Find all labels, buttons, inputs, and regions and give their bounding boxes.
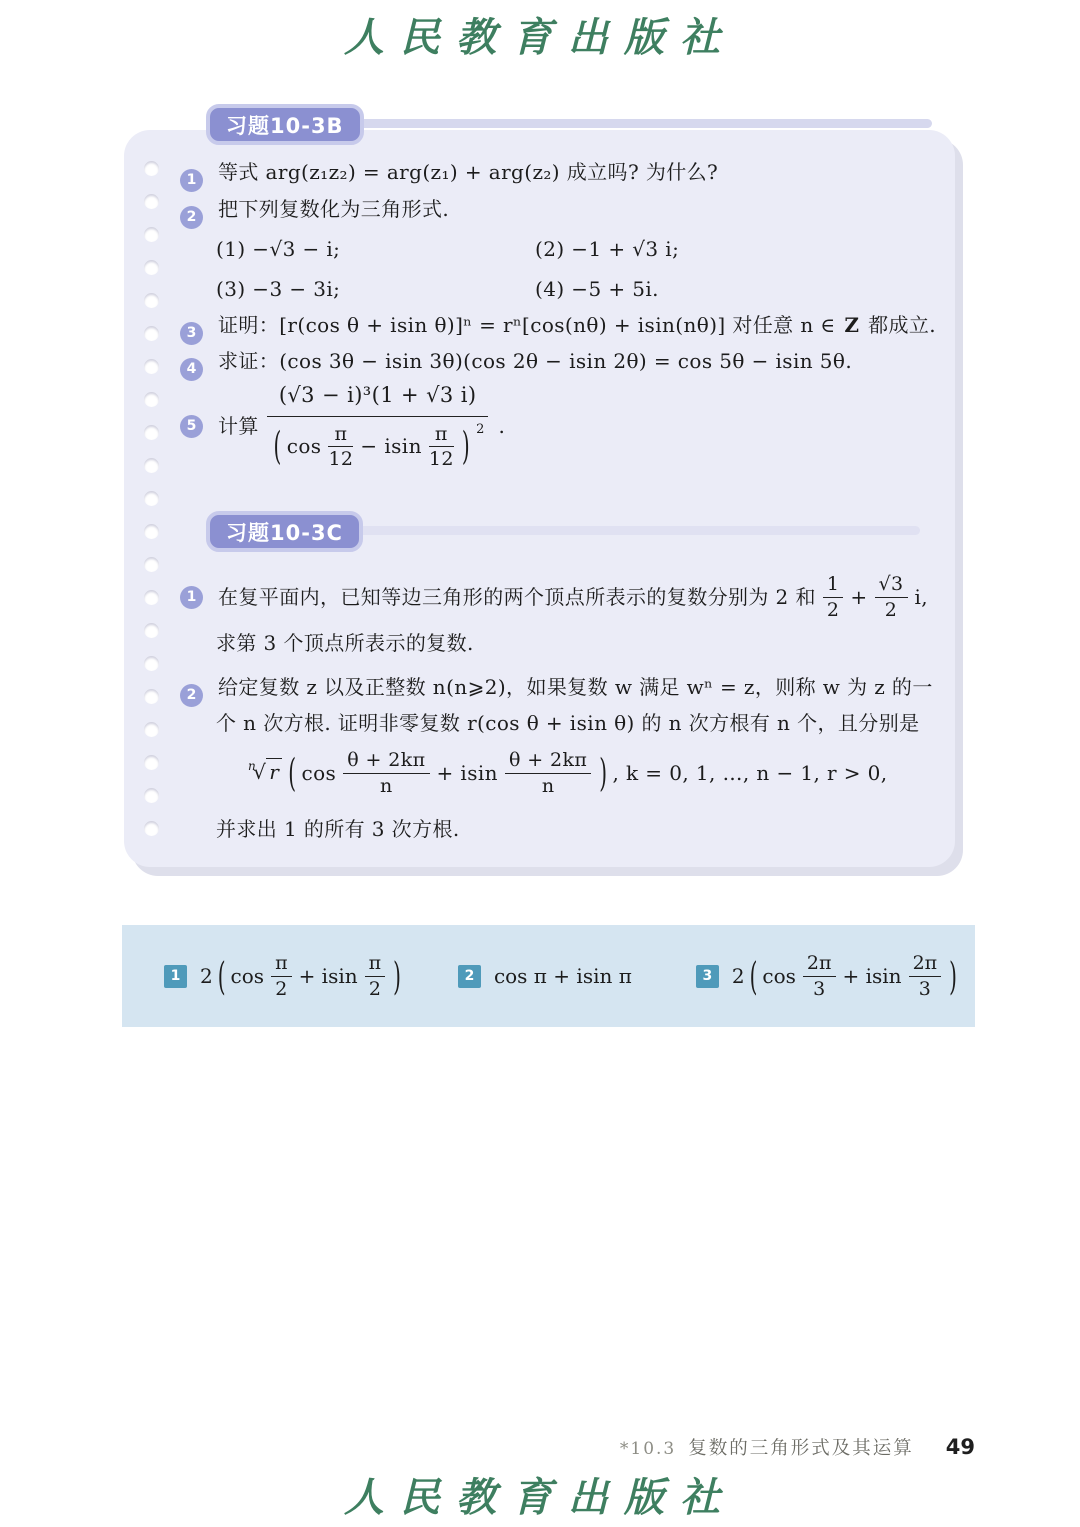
hole-punch [144,590,159,605]
page-footer: *10.3 复数的三角形式及其运算 49 [620,1434,975,1460]
textbook-page: 人民教育出版社 习题10-3B 1等式 arg(z₁z₂) = arg(z₁) … [0,0,1080,1527]
item-number-badge: 1 [180,586,203,609]
footer-section-title: 复数的三角形式及其运算 [688,1434,914,1460]
close-paren: ) [462,421,470,472]
fraction-denominator: 3 [909,977,942,1000]
close-paren: ) [949,953,957,999]
item-number-badge: 2 [180,206,203,229]
item-text: 在复平面内，已知等边三角形的两个顶点所表示的复数分别为 2 和 [218,584,816,611]
fraction-numerator: θ + 2kπ [505,749,591,773]
publisher-logo-bottom: 人民教育出版社 [0,1466,1080,1523]
item-text: 都成立. [861,313,936,337]
fraction-denominator: 2 [365,977,386,1000]
exercise-c-item-1-line-1: 1 在复平面内，已知等边三角形的两个顶点所表示的复数分别为 2 和 12 + √… [180,570,930,624]
answer-number-badge: 3 [696,965,719,988]
fraction: π2 [271,952,292,1000]
sub-item-text: (2) −1 + √3 i; [535,237,679,261]
item-text: 求第 3 个顶点所表示的复数. [216,631,474,655]
nth-root: n√r [248,758,282,789]
hole-punch [144,227,159,242]
sub-item-text: (3) −3 − 3i; [216,277,340,301]
open-paren: ( [218,953,226,999]
hole-punch [144,194,159,209]
hole-punch [144,392,159,407]
exercise-b-item-3: 3证明：[r(cos θ + isin θ)]ⁿ = rⁿ[cos(nθ) + … [180,312,938,345]
fraction-denominator: n [343,774,429,797]
item-text: 证明：[r(cos θ + isin θ)]ⁿ = rⁿ[cos(nθ) + i… [218,313,842,337]
item-label: 计算 [218,413,259,440]
publisher-logo-top: 人民教育出版社 [0,6,1080,63]
math-text: i, [915,584,929,611]
fraction: π12 [429,423,454,471]
fraction-denominator: 2 [823,598,844,621]
math-text: 2 [732,964,745,988]
fraction-denominator: 2 [875,598,908,621]
item-number-badge: 1 [180,169,203,192]
fraction: 2π3 [803,952,836,1000]
hole-punch [144,458,159,473]
exercise-b-item-2: 2把下列复数化为三角形式. [180,196,451,229]
sub-item-text: (4) −5 + 5i. [535,277,659,301]
exercise-b-item-2-sub-4: (4) −5 + 5i. [533,276,661,303]
item-text: 等式 arg(z₁z₂) = arg(z₁) + arg(z₂) 成立吗? 为什… [218,160,718,184]
hole-punch [144,788,159,803]
fraction: √32 [875,573,908,621]
page-number: 49 [946,1435,975,1459]
item-text: 并求出 1 的所有 3 次方根. [216,817,460,841]
hole-punch [144,359,159,374]
hole-punch [144,425,159,440]
hole-punch [144,656,159,671]
exercise-c-item-2-line-3: 并求出 1 的所有 3 次方根. [214,816,462,843]
hole-punch-column [144,161,159,836]
fraction-denominator: 12 [429,447,454,470]
exercise-c-title: 习题10-3C [226,517,343,547]
exercise-b-item-4: 4求证：(cos 3θ − isin 3θ)(cos 2θ − isin 2θ)… [180,348,854,381]
exponent: 2 [476,416,485,443]
footer-section-number: *10.3 [620,1439,676,1459]
hole-punch [144,260,159,275]
open-paren: ( [750,953,758,999]
fraction-denominator: 3 [803,977,836,1000]
fraction: 2π3 [909,952,942,1000]
hole-punch [144,755,159,770]
math-text: cos π + isin π [494,964,632,988]
math-text: cos [287,433,322,460]
math-text: − isin [360,433,421,460]
exercise-c-item-2-line-2: 个 n 次方根. 证明非零复数 r(cos θ + isin θ) 的 n 次方… [214,710,922,737]
sub-item-text: (1) −√3 − i; [216,237,340,261]
exercise-b-item-2-sub-1: (1) −√3 − i; [214,236,342,263]
math-text: , k = 0, 1, …, n − 1, r > 0, [613,760,888,787]
hole-punch [144,326,159,341]
open-paren: ( [288,747,296,798]
answer-number-badge: 2 [458,965,481,988]
exercise-b-item-1: 1等式 arg(z₁z₂) = arg(z₁) + arg(z₂) 成立吗? 为… [180,159,720,192]
fraction-numerator: √3 [875,573,908,597]
exercise-b-item-2-sub-3: (3) −3 − 3i; [214,276,342,303]
open-paren: ( [274,421,282,472]
answer-3: 3 2 ( cos 2π3 + isin 2π3 ) [696,952,960,1000]
exercise-b-title: 习题10-3B [226,110,344,140]
item-number-badge: 3 [180,322,203,345]
radicand: r [266,758,282,786]
fraction-denominator: 12 [328,447,353,470]
exercise-c-header-pill: 习题10-3C [206,511,363,552]
item-number-badge: 2 [180,684,203,707]
hole-punch [144,689,159,704]
fraction-numerator: 1 [823,573,844,597]
fraction: π12 [328,423,353,471]
hole-punch [144,293,159,308]
fraction-numerator: 2π [803,952,836,976]
hole-punch [144,821,159,836]
item-text: 给定复数 z 以及正整数 n(n⩾2)，如果复数 w 满足 wⁿ = z，则称 … [218,675,933,699]
fraction-numerator: (√3 − i)³(1 + √3 i) [267,382,489,417]
exercise-c-item-1-line-2: 求第 3 个顶点所表示的复数. [214,630,476,657]
math-text: 2 [200,964,213,988]
exercise-b-item-5: 5 计算 (√3 − i)³(1 + √3 i) ( cos π12 − isi… [180,383,507,469]
fraction: θ + 2kπn [505,749,591,797]
integer-set-symbol: Z [844,313,859,337]
fraction-numerator: θ + 2kπ [343,749,429,773]
answer-1: 1 2 ( cos π2 + isin π2 ) [164,952,404,1000]
answer-2: 2 cos π + isin π [458,964,634,988]
math-text: cos [301,760,336,787]
period: . [498,413,505,440]
fraction-numerator: 2π [909,952,942,976]
close-paren: ) [393,953,401,999]
fraction: 12 [823,573,844,621]
item-number-badge: 5 [180,415,203,438]
hole-punch [144,623,159,638]
item-text: 个 n 次方根. 证明非零复数 r(cos θ + isin θ) 的 n 次方… [216,711,920,735]
hole-punch [144,524,159,539]
hole-punch [144,161,159,176]
fraction-denominator: ( cos π12 − isin π12 ) 2 [267,417,489,471]
item-text: 求证：(cos 3θ − isin 3θ)(cos 2θ − isin 2θ) … [218,349,852,373]
answer-number-badge: 1 [164,965,187,988]
hole-punch [144,557,159,572]
hole-punch [144,491,159,506]
item-number-badge: 4 [180,358,203,381]
math-text: cos [231,964,265,988]
fraction-numerator: π [365,952,386,976]
fraction-numerator: π [429,423,454,447]
root-index: n [248,753,256,780]
fraction: θ + 2kπn [343,749,429,797]
plus-sign: + [850,584,867,611]
fraction-numerator: π [328,423,353,447]
fraction-denominator: 2 [271,977,292,1000]
item-text: 把下列复数化为三角形式. [218,197,449,221]
fraction-denominator: n [505,774,591,797]
exercise-c-item-2-line-1: 2给定复数 z 以及正整数 n(n⩾2)，如果复数 w 满足 wⁿ = z，则称… [180,674,935,707]
exercise-b-header-pill: 习题10-3B [206,104,364,145]
math-text: + isin [437,760,498,787]
exercise-b-item-2-sub-2: (2) −1 + √3 i; [533,236,681,263]
exercise-c-item-2-formula: n√r ( cos θ + 2kπn + isin θ + 2kπn ) , k… [248,744,890,802]
math-text: + isin [299,964,358,988]
answers-box: 1 2 ( cos π2 + isin π2 ) 2 cos π + isin … [122,925,975,1027]
fraction: π2 [365,952,386,1000]
math-text: + isin [843,964,902,988]
fraction-large: (√3 − i)³(1 + √3 i) ( cos π12 − isin π12… [267,382,489,471]
hole-punch [144,722,159,737]
math-text: cos [762,964,796,988]
close-paren: ) [599,747,607,798]
fraction-numerator: π [271,952,292,976]
